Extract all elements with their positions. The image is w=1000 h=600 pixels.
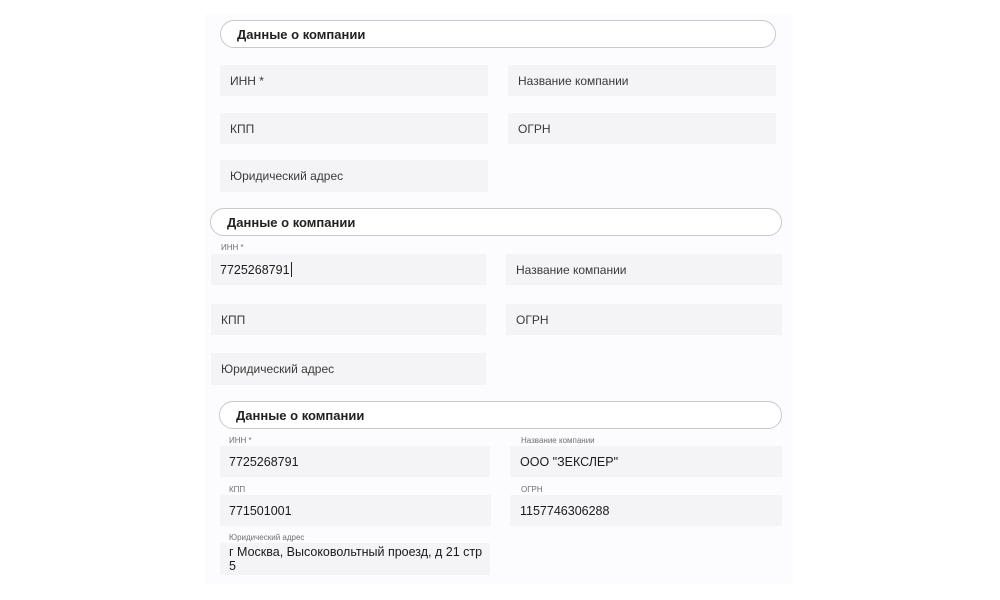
kpp-label: КПП bbox=[229, 485, 245, 494]
legal-address-value: г Москва, Высоковольтный проезд, д 21 ст… bbox=[229, 545, 490, 573]
company-name-field[interactable]: Название компании bbox=[506, 254, 782, 285]
ogrn-placeholder: ОГРН bbox=[516, 313, 549, 327]
text-cursor bbox=[291, 262, 292, 277]
company-name-placeholder: Название компании bbox=[518, 74, 628, 88]
company-name-field[interactable]: Название компании bbox=[508, 65, 776, 96]
kpp-value: 771501001 bbox=[229, 504, 292, 518]
legal-address-field[interactable]: г Москва, Высоковольтный проезд, д 21 ст… bbox=[220, 543, 490, 575]
ogrn-placeholder: ОГРН bbox=[518, 122, 551, 136]
section-header[interactable]: Данные о компании bbox=[220, 20, 776, 48]
company-name-field[interactable]: ООО "ЗЕКСЛЕР" bbox=[510, 446, 782, 477]
section-header[interactable]: Данные о компании bbox=[210, 208, 782, 236]
ogrn-field[interactable]: 1157746306288 bbox=[510, 495, 782, 526]
company-name-placeholder: Название компании bbox=[516, 263, 626, 277]
inn-value: 7725268791 bbox=[220, 263, 290, 277]
ogrn-field[interactable]: ОГРН bbox=[508, 113, 776, 144]
legal-address-label: Юридический адрес bbox=[229, 533, 304, 542]
legal-address-field[interactable]: Юридический адрес bbox=[211, 353, 486, 385]
section-header[interactable]: Данные о компании bbox=[219, 401, 782, 429]
inn-field[interactable]: ИНН * bbox=[220, 65, 488, 96]
inn-value: 7725268791 bbox=[229, 455, 299, 469]
inn-field[interactable]: 7725268791 bbox=[211, 254, 486, 285]
company-name-value: ООО "ЗЕКСЛЕР" bbox=[520, 455, 618, 469]
legal-address-placeholder: Юридический адрес bbox=[230, 169, 343, 183]
ogrn-field[interactable]: ОГРН bbox=[506, 304, 782, 335]
kpp-placeholder: КПП bbox=[221, 313, 245, 327]
inn-placeholder: ИНН * bbox=[230, 74, 264, 88]
inn-label: ИНН * bbox=[221, 243, 244, 252]
kpp-field[interactable]: 771501001 bbox=[220, 495, 491, 526]
kpp-field[interactable]: КПП bbox=[220, 113, 488, 144]
legal-address-placeholder: Юридический адрес bbox=[221, 362, 334, 376]
legal-address-field[interactable]: Юридический адрес bbox=[220, 160, 488, 192]
ogrn-label: ОГРН bbox=[521, 485, 543, 494]
company-name-label: Название компании bbox=[521, 436, 595, 445]
kpp-field[interactable]: КПП bbox=[211, 304, 486, 335]
inn-field[interactable]: 7725268791 bbox=[220, 446, 490, 477]
kpp-placeholder: КПП bbox=[230, 122, 254, 136]
ogrn-value: 1157746306288 bbox=[520, 504, 609, 518]
inn-label: ИНН * bbox=[229, 436, 252, 445]
